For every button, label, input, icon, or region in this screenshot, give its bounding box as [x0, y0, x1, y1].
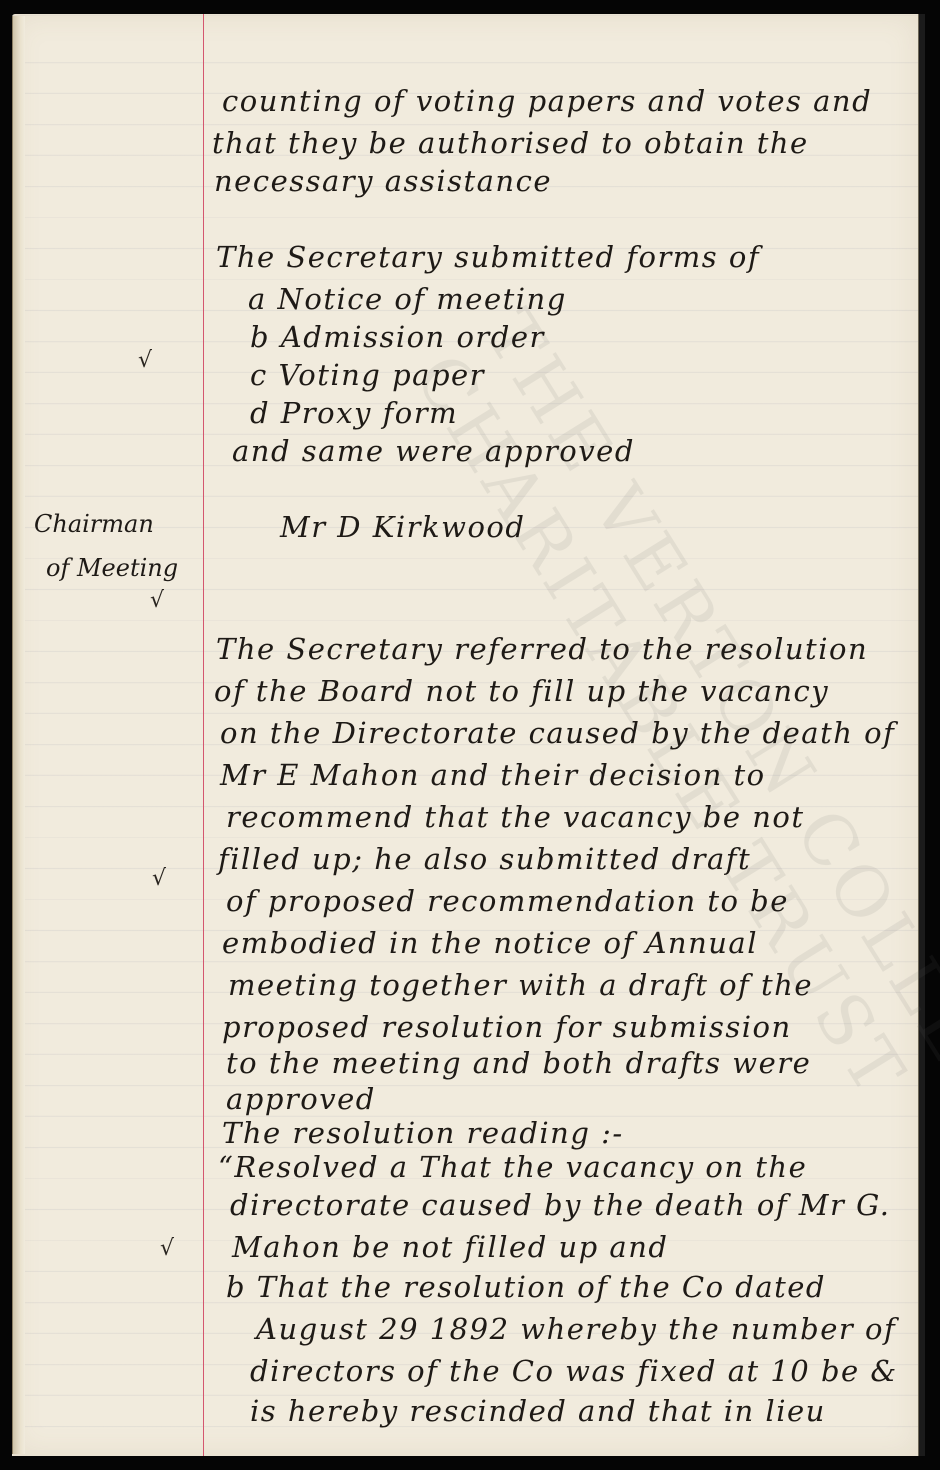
body-line: b That the resolution of the Co dated — [226, 1270, 826, 1304]
body-line: necessary assistance — [214, 164, 552, 198]
body-line: b Admission order — [250, 320, 545, 354]
body-line: c Voting paper — [250, 358, 485, 392]
margin-note-chairman-line-2: of Meeting — [46, 554, 178, 582]
body-line: recommend that the vacancy be not — [226, 800, 805, 834]
body-line: The resolution reading :- — [222, 1116, 624, 1150]
body-line: a Notice of meeting — [248, 282, 567, 316]
body-line: d Proxy form — [250, 396, 458, 430]
chairman-name: Mr D Kirkwood — [280, 510, 525, 544]
body-line: The Secretary referred to the resolution — [216, 632, 868, 666]
body-line: counting of voting papers and votes and — [222, 84, 872, 118]
body-line: Mr E Mahon and their decision to — [220, 758, 766, 792]
body-line: Mahon be not filled up and — [232, 1230, 668, 1264]
body-line: August 29 1892 whereby the number of — [256, 1312, 896, 1346]
page-edge-left — [12, 16, 25, 1454]
body-line: is hereby rescinded and that in lieu — [250, 1394, 826, 1428]
page-edge-right — [918, 14, 925, 1456]
body-line: directorate caused by the death of Mr G. — [230, 1188, 890, 1222]
body-line: directors of the Co was fixed at 10 be & — [250, 1354, 898, 1388]
body-line: proposed resolution for submission — [222, 1010, 792, 1044]
body-line: approved — [226, 1082, 376, 1116]
body-line: on the Directorate caused by the death o… — [220, 716, 895, 750]
check-tick-icon: √ — [160, 1236, 174, 1261]
check-tick-icon: √ — [138, 348, 152, 373]
body-line: of proposed recommendation to be — [226, 884, 789, 918]
check-tick-icon: √ — [150, 588, 164, 613]
margin-rule — [203, 14, 204, 1456]
margin-note-chairman-line-1: Chairman — [34, 510, 154, 538]
body-line: of the Board not to fill up the vacancy — [214, 674, 829, 708]
body-line: embodied in the notice of Annual — [222, 926, 758, 960]
body-line: filled up; he also submitted draft — [218, 842, 751, 876]
body-line: and same were approved — [232, 434, 635, 468]
body-line: that they be authorised to obtain the — [212, 126, 809, 160]
body-line: The Secretary submitted forms of — [216, 240, 760, 274]
body-line: meeting together with a draft of the — [228, 968, 813, 1002]
body-line: to the meeting and both drafts were — [226, 1046, 811, 1080]
body-line: “Resolved a That the vacancy on the — [218, 1150, 807, 1184]
check-tick-icon: √ — [152, 866, 166, 891]
